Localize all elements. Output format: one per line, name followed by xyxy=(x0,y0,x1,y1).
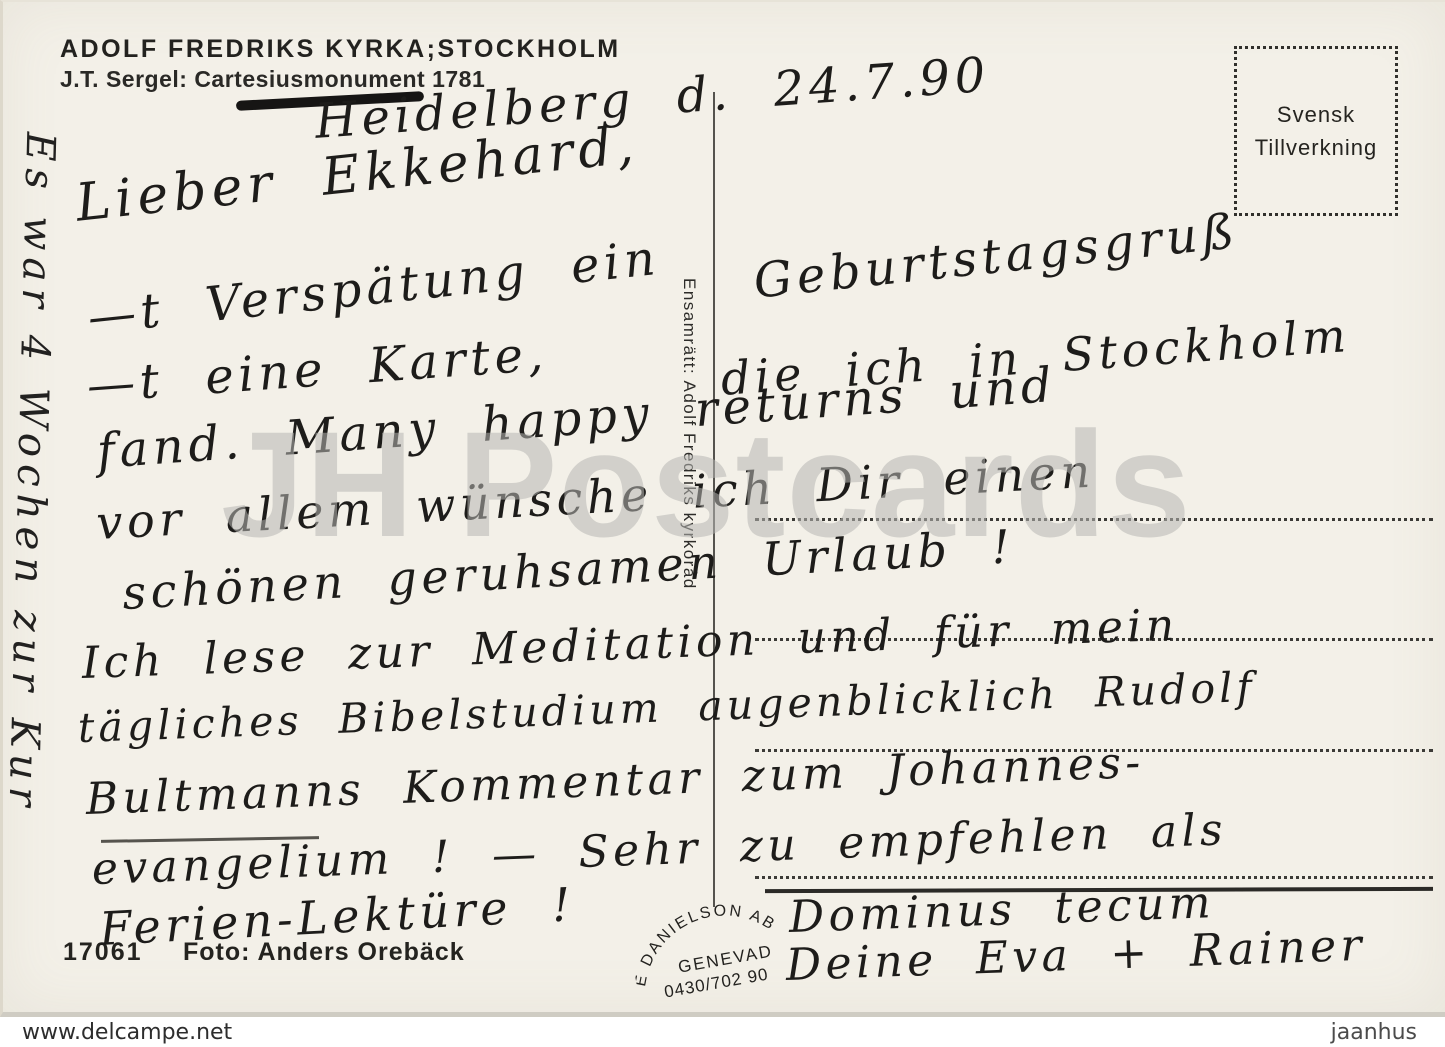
address-line xyxy=(755,876,1433,879)
origin-stamp-line1: Svensk xyxy=(1277,98,1355,131)
card-title: ADOLF FREDRIKS KYRKA;STOCKHOLM xyxy=(60,35,621,64)
page-footer: www.delcampe.net jaanhus xyxy=(0,1017,1445,1047)
printer-stamp: E DANIELSON AB GENEVAD 0430/702 90 xyxy=(623,876,810,1014)
origin-stamp-box: Svensk Tillverkning xyxy=(1234,46,1398,216)
postcard-scan: ADOLF FREDRIKS KYRKA;STOCKHOLM J.T. Serg… xyxy=(0,0,1445,1047)
handwritten-line: Geburtstagsgruß xyxy=(751,203,1241,310)
origin-stamp-line2: Tillverkning xyxy=(1255,131,1377,164)
handwritten-margin-note: Es war 4 Wochen zur Kur xyxy=(0,132,63,913)
postcard-back: ADOLF FREDRIKS KYRKA;STOCKHOLM J.T. Serg… xyxy=(0,0,1445,1017)
handwritten-line: —t Verspätung ein xyxy=(85,230,662,346)
footer-site-url: www.delcampe.net xyxy=(22,1020,232,1045)
address-line xyxy=(755,518,1433,521)
footer-seller-name: jaanhus xyxy=(1331,1020,1417,1045)
